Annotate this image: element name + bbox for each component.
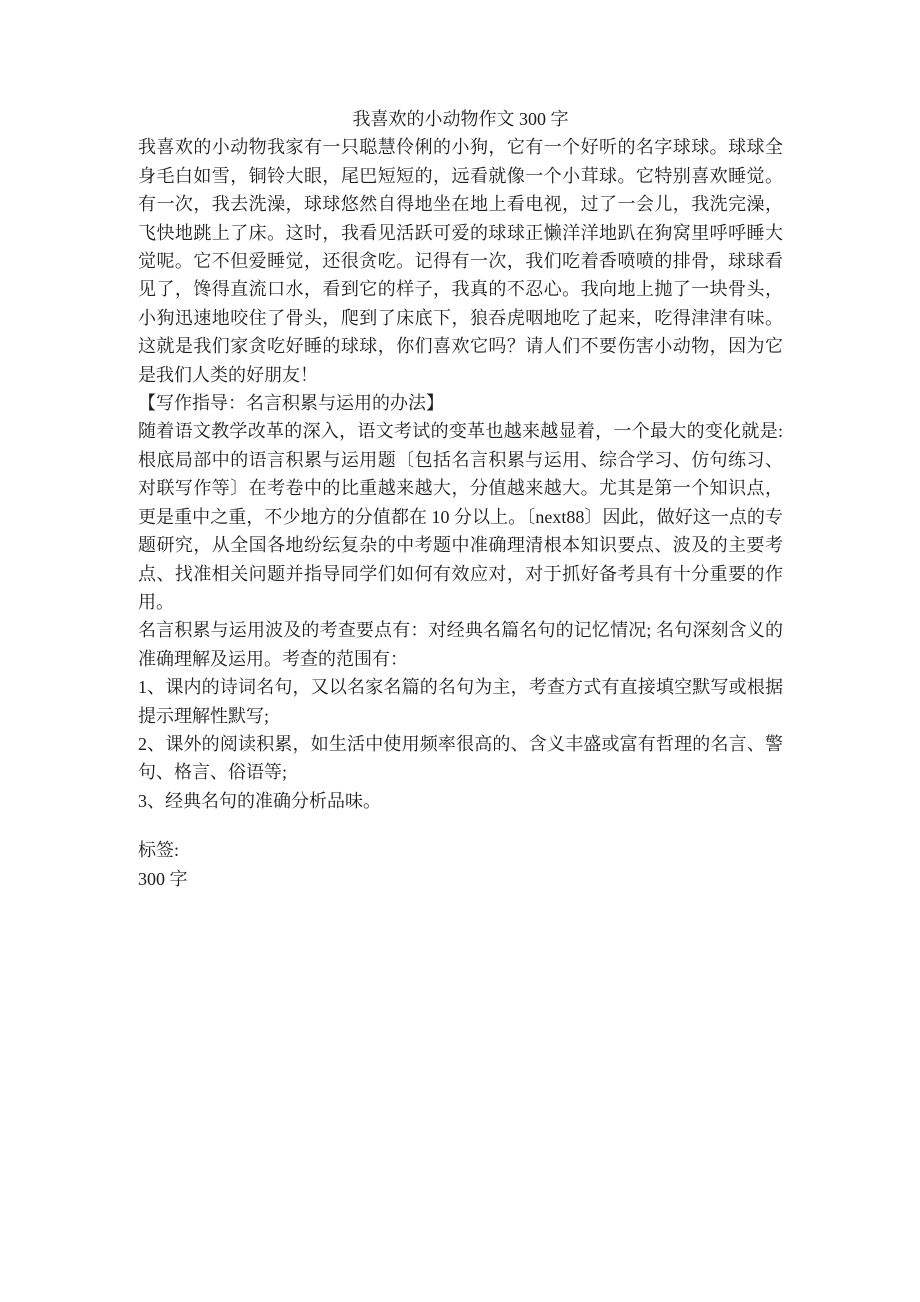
list-item-2: 2、课外的阅读积累，如生活中使用频率很高的、含义丰盛或富有哲理的名言、警句、格言… [138,730,783,787]
list-item-3: 3、经典名句的准确分析品味。 [138,787,783,815]
list-item-1: 1、课内的诗词名句，又以名家名篇的名句为主，考查方式有直接填空默写或根据提示理解… [138,673,783,730]
exam-points-paragraph: 名言积累与运用波及的考查要点有：对经典名篇名句的记忆情况; 名句深刻含义的准确理… [138,616,783,673]
tags-value: 300 字 [138,865,783,893]
document-body: 我喜欢的小动物作文 300 字 我喜欢的小动物我家有一只聪慧伶俐的小狗，它有一个… [138,105,783,893]
essay-paragraph: 我喜欢的小动物我家有一只聪慧伶俐的小狗，它有一个好听的名字球球。球球全身毛白如雪… [138,133,783,389]
tags-label: 标签: [138,836,783,864]
document-title: 我喜欢的小动物作文 300 字 [138,105,783,133]
blank-line [138,815,783,836]
document-page: 我喜欢的小动物作文 300 字 我喜欢的小动物我家有一只聪慧伶俐的小狗，它有一个… [0,0,920,1302]
guide-paragraph: 随着语文教学改革的深入，语文考试的变革也越来越显着，一个最大的变化就是: 根底局… [138,417,783,616]
writing-guide-heading: 【写作指导：名言积累与运用的办法】 [138,389,783,417]
